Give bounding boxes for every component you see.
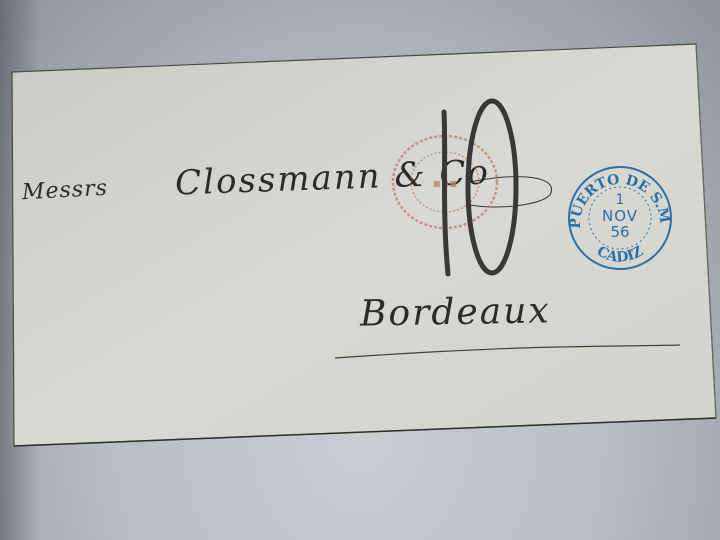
postmark-month: NOV (566, 208, 674, 224)
svg-text:CADIZ: CADIZ (594, 243, 646, 265)
postmark-year: 56 (566, 224, 674, 240)
letter-cover: Messrs Clossmann & Co Bordeaux ▪▪▪ PUERT… (0, 0, 720, 540)
postmark-bottom-text: CADIZ (594, 243, 646, 265)
rate-mark-10 (430, 92, 540, 282)
address-destination: Bordeaux (360, 290, 551, 334)
postmark-day: 1 (566, 192, 674, 208)
blue-cds-postmark: PUERTO DE S.M. CADIZ 1 NOV 56 (566, 164, 674, 272)
address-salutation: Messrs (21, 176, 108, 205)
